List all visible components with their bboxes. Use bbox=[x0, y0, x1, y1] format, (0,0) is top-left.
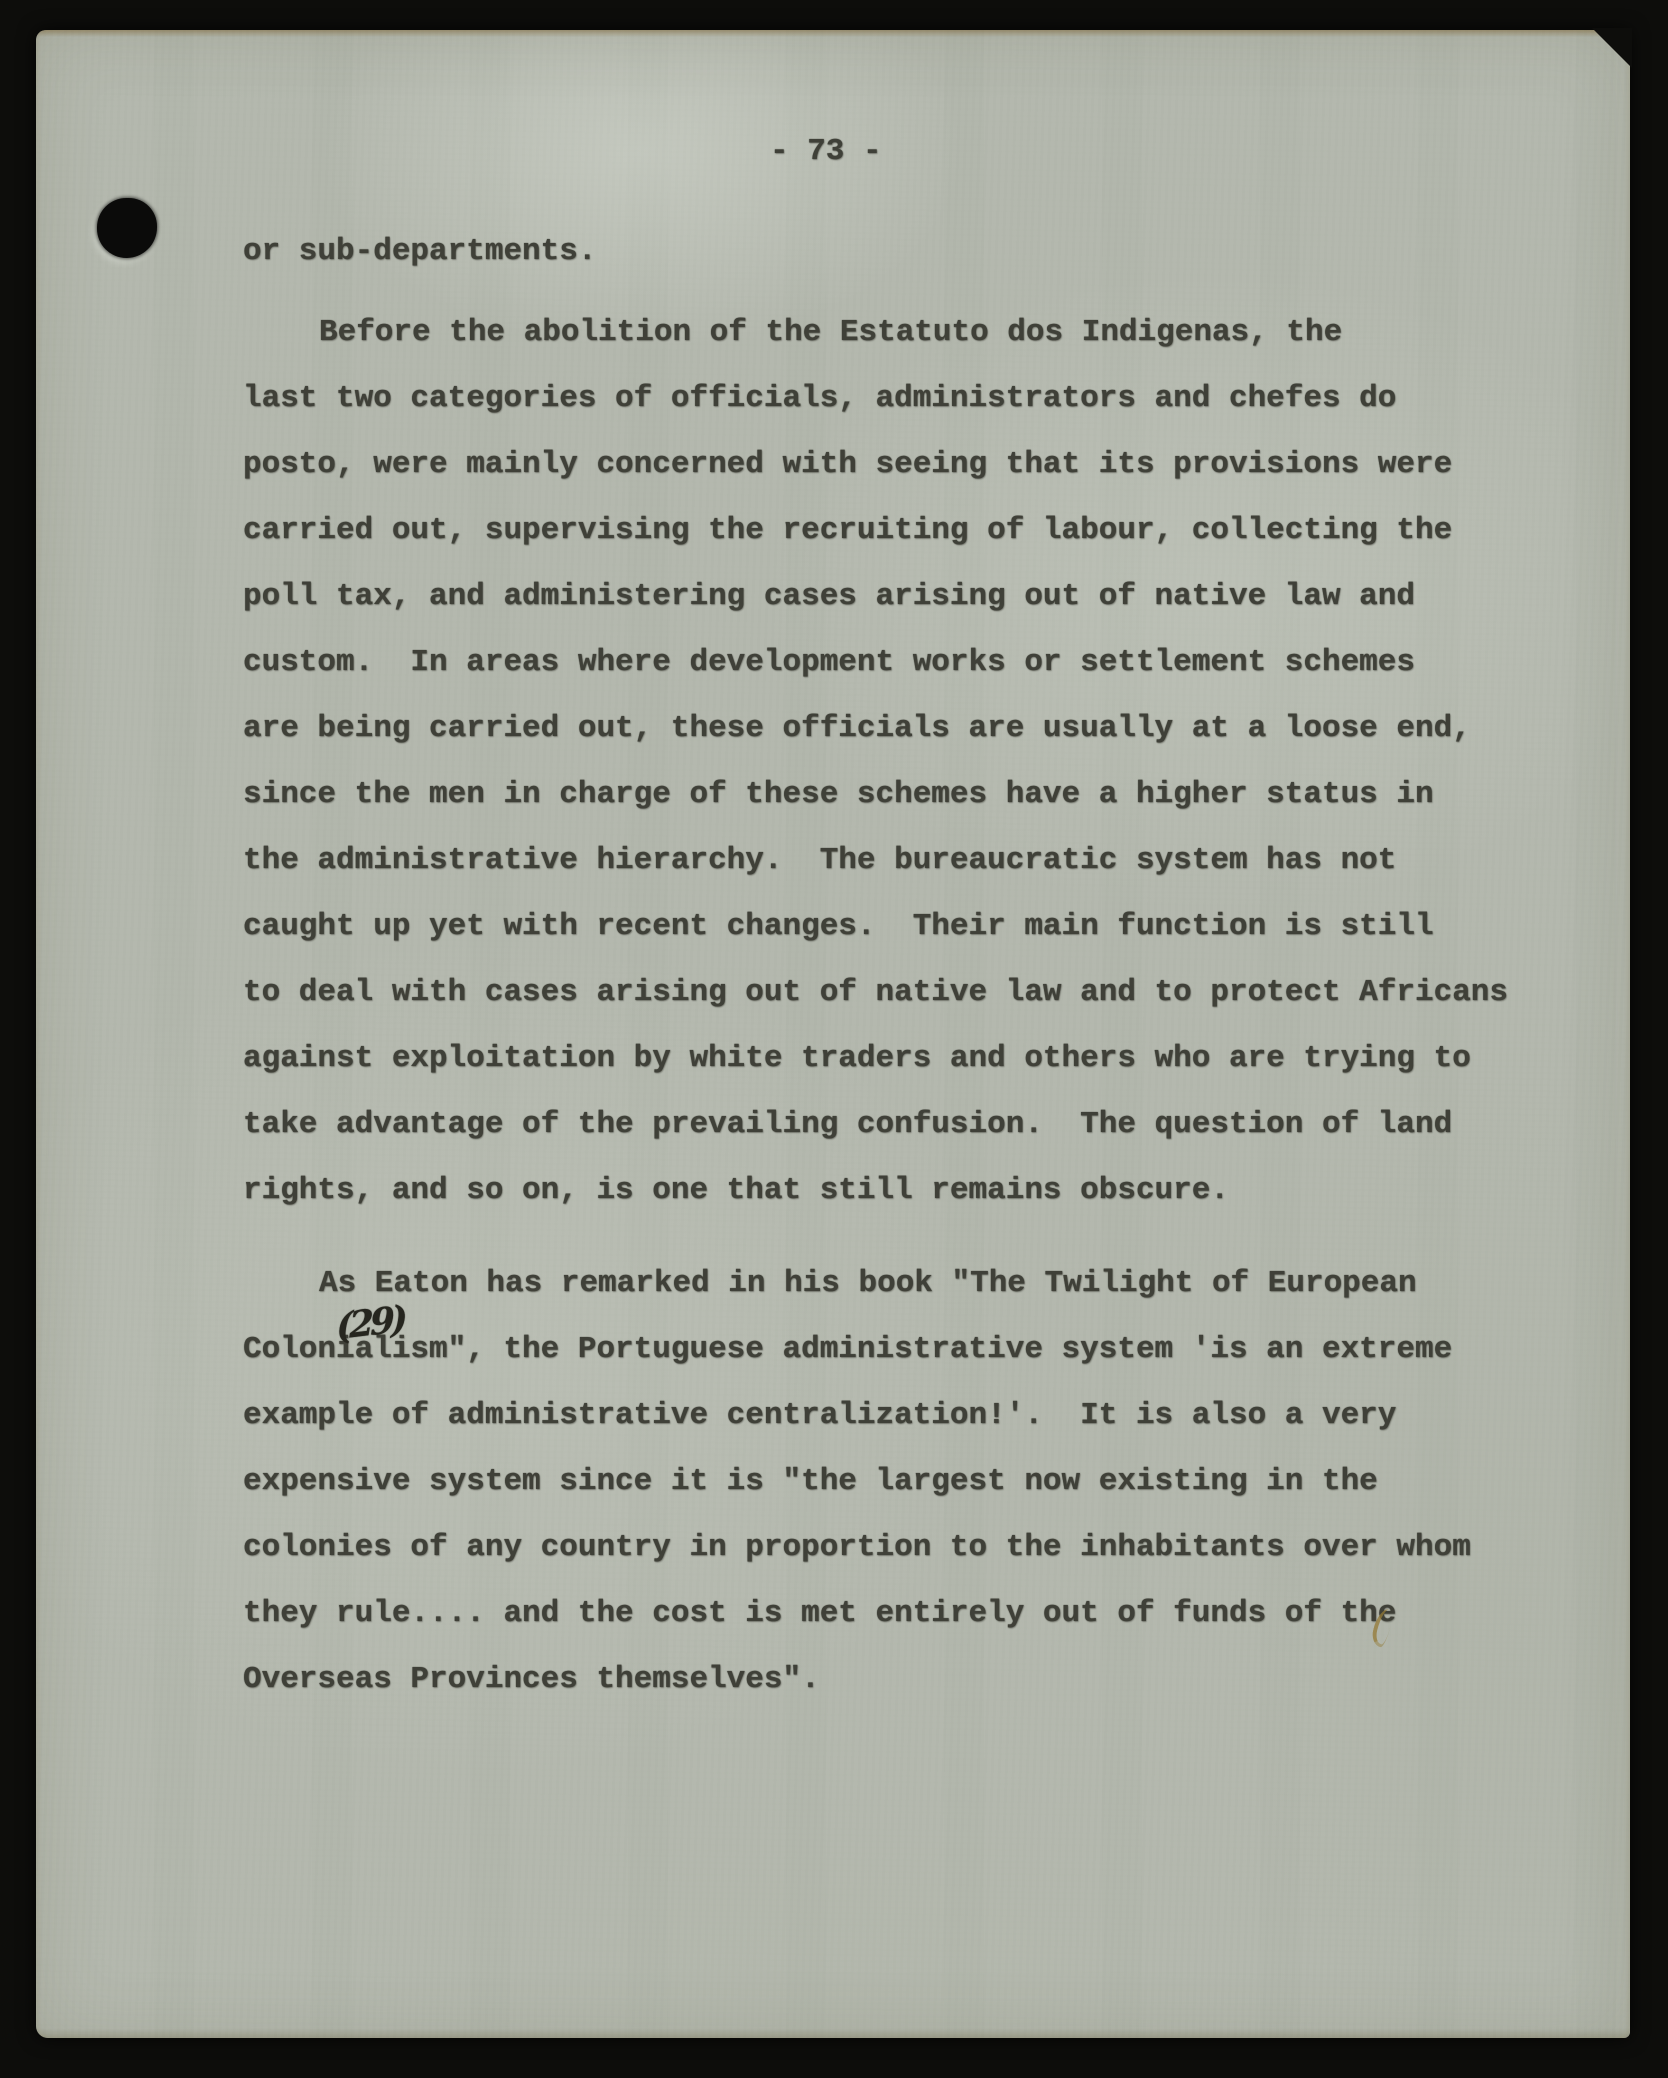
paragraph: or sub-departments. bbox=[243, 219, 1508, 285]
text-line: posto, were mainly concerned with seeing… bbox=[243, 432, 1508, 498]
text-line: custom. In areas where development works… bbox=[243, 630, 1508, 696]
text-line: the administrative hierarchy. The bureau… bbox=[243, 828, 1508, 894]
text-line: example of administrative centralization… bbox=[243, 1383, 1508, 1449]
text-line: they rule.... and the cost is met entire… bbox=[243, 1581, 1508, 1647]
text-line: against exploitation by white traders an… bbox=[243, 1026, 1508, 1092]
text-line: As Eaton has remarked in his book "The T… bbox=[243, 1251, 1508, 1317]
text-line: last two categories of officials, admini… bbox=[243, 366, 1508, 432]
text-line: since the men in charge of these schemes… bbox=[243, 762, 1508, 828]
punch-hole bbox=[97, 198, 157, 258]
text-line: are being carried out, these officials a… bbox=[243, 696, 1508, 762]
text-line: take advantage of the prevailing confusi… bbox=[243, 1092, 1508, 1158]
text-line: or sub-departments. bbox=[243, 219, 1508, 285]
text-line: Overseas Provinces themselves". bbox=[243, 1647, 1508, 1713]
document-text: or sub-departments.Before the abolition … bbox=[243, 219, 1508, 1713]
text-line: rights, and so on, is one that still rem… bbox=[243, 1158, 1508, 1224]
paragraph: As Eaton has remarked in his book "The T… bbox=[243, 1251, 1508, 1713]
text-line: poll tax, and administering cases arisin… bbox=[243, 564, 1508, 630]
text-line: to deal with cases arising out of native… bbox=[243, 960, 1508, 1026]
text-line: Colonialism", the Portuguese administrat… bbox=[243, 1317, 1508, 1383]
document-page: - 73 - or sub-departments.Before the abo… bbox=[36, 30, 1630, 2038]
text-line: colonies of any country in proportion to… bbox=[243, 1515, 1508, 1581]
text-line: Before the abolition of the Estatuto dos… bbox=[243, 300, 1508, 366]
scan-background: - 73 - or sub-departments.Before the abo… bbox=[0, 0, 1668, 2078]
text-line: carried out, supervising the recruiting … bbox=[243, 498, 1508, 564]
text-line: caught up yet with recent changes. Their… bbox=[243, 894, 1508, 960]
clipped-corner bbox=[1592, 28, 1632, 68]
text-line: expensive system since it is "the larges… bbox=[243, 1449, 1508, 1515]
page-number: - 73 - bbox=[770, 132, 882, 172]
paragraph: Before the abolition of the Estatuto dos… bbox=[243, 300, 1508, 1224]
handwritten-footnote-number: (29) bbox=[336, 1298, 404, 1349]
